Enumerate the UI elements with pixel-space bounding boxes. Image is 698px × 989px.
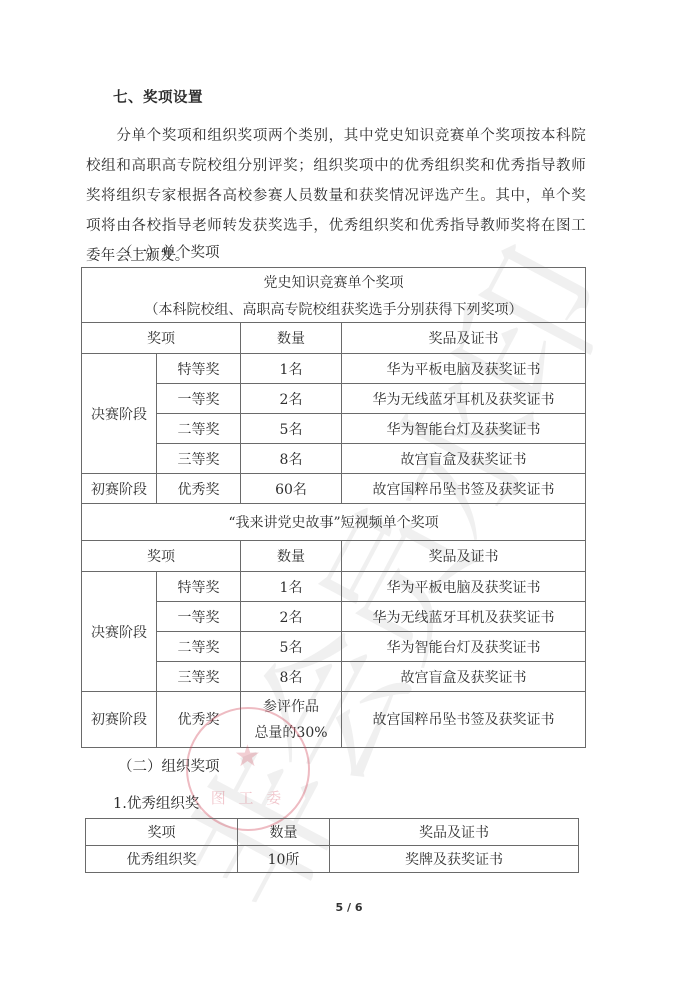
table-row: 初赛阶段 优秀奖 参评作品 总量的30% 故宫国粹吊坠书签及获奖证书	[82, 692, 586, 748]
award-prize: 华为智能台灯及获奖证书	[342, 414, 586, 444]
table-row: 一等奖 2名 华为无线蓝牙耳机及获奖证书	[82, 384, 586, 414]
table-row: 三等奖 8名 故宫盲盒及获奖证书	[82, 662, 586, 692]
header-count: 数量	[238, 819, 330, 846]
award-name: 特等奖	[157, 572, 241, 602]
stamp-text: 图 工 委	[188, 787, 308, 808]
header-award: 奖项	[82, 541, 241, 572]
award-prize: 故宫盲盒及获奖证书	[342, 662, 586, 692]
table-row: 二等奖 5名 华为智能台灯及获奖证书	[82, 414, 586, 444]
award-count: 1名	[241, 572, 342, 602]
award-count: 2名	[241, 602, 342, 632]
table-row: 初赛阶段 优秀奖 60名 故宫国粹吊坠书签及获奖证书	[82, 474, 586, 504]
table-row: 二等奖 5名 华为智能台灯及获奖证书	[82, 632, 586, 662]
award-count: 2名	[241, 384, 342, 414]
award-prize: 故宫国粹吊坠书签及获奖证书	[342, 692, 586, 748]
header-award: 奖项	[82, 323, 241, 354]
award-prize: 华为无线蓝牙耳机及获奖证书	[342, 602, 586, 632]
award-prize: 华为无线蓝牙耳机及获奖证书	[342, 384, 586, 414]
table-row: 一等奖 2名 华为无线蓝牙耳机及获奖证书	[82, 602, 586, 632]
award-prize: 华为平板电脑及获奖证书	[342, 572, 586, 602]
video-table-title: “我来讲党史故事”短视频单个奖项	[82, 504, 586, 541]
table-row: 三等奖 8名 故宫盲盒及获奖证书	[82, 444, 586, 474]
header-prize: 奖品及证书	[330, 819, 579, 846]
award-count: 5名	[241, 414, 342, 444]
award-name: 一等奖	[157, 602, 241, 632]
quiz-table-subtitle: （本科院校组、高职高专院校组获奖选手分别获得下列奖项）	[82, 295, 586, 323]
page-number: 5 / 6	[0, 901, 698, 914]
section-heading: 七、奖项设置	[113, 86, 203, 107]
organization-awards-table: 奖项 数量 奖品及证书 优秀组织奖 10所 奖牌及获奖证书	[85, 818, 579, 873]
header-count: 数量	[241, 541, 342, 572]
stage-final: 决赛阶段	[82, 572, 157, 692]
subsection-individual-awards: （一）单个奖项	[118, 241, 220, 262]
table-header-row: 奖项 数量 奖品及证书	[86, 819, 579, 846]
subsection-excellent-organization: 1.优秀组织奖	[113, 792, 199, 813]
table-row: 决赛阶段 特等奖 1名 华为平板电脑及获奖证书	[82, 572, 586, 602]
award-name: 一等奖	[157, 384, 241, 414]
award-name: 优秀奖	[157, 692, 241, 748]
stage-prelim: 初赛阶段	[82, 692, 157, 748]
award-name: 优秀组织奖	[86, 846, 238, 873]
award-prize: 故宫国粹吊坠书签及获奖证书	[342, 474, 586, 504]
table-header-row: 奖项 数量 奖品及证书	[82, 323, 586, 354]
header-prize: 奖品及证书	[342, 323, 586, 354]
header-award: 奖项	[86, 819, 238, 846]
stage-prelim: 初赛阶段	[82, 474, 157, 504]
award-name: 二等奖	[157, 632, 241, 662]
award-prize: 故宫盲盒及获奖证书	[342, 444, 586, 474]
stage-final: 决赛阶段	[82, 354, 157, 474]
award-count: 5名	[241, 632, 342, 662]
award-name: 三等奖	[157, 662, 241, 692]
award-count: 1名	[241, 354, 342, 384]
award-count: 10所	[238, 846, 330, 873]
award-prize: 华为智能台灯及获奖证书	[342, 632, 586, 662]
header-prize: 奖品及证书	[342, 541, 586, 572]
quiz-table-title: 党史知识竞赛单个奖项	[82, 268, 586, 296]
award-count: 60名	[241, 474, 342, 504]
table-header-row: 奖项 数量 奖品及证书	[82, 541, 586, 572]
table-row: 决赛阶段 特等奖 1名 华为平板电脑及获奖证书	[82, 354, 586, 384]
award-count: 参评作品 总量的30%	[241, 692, 342, 748]
header-count: 数量	[241, 323, 342, 354]
award-prize: 奖牌及获奖证书	[330, 846, 579, 873]
award-count-line1: 参评作品	[241, 694, 341, 720]
award-count: 8名	[241, 662, 342, 692]
award-name: 二等奖	[157, 414, 241, 444]
individual-awards-table: 党史知识竞赛单个奖项 （本科院校组、高职高专院校组获奖选手分别获得下列奖项） 奖…	[81, 267, 586, 748]
award-name: 特等奖	[157, 354, 241, 384]
award-count: 8名	[241, 444, 342, 474]
award-name: 三等奖	[157, 444, 241, 474]
award-prize: 华为平板电脑及获奖证书	[342, 354, 586, 384]
subsection-organization-awards: （二）组织奖项	[118, 755, 220, 776]
table-row: 优秀组织奖 10所 奖牌及获奖证书	[86, 846, 579, 873]
award-count-line2: 总量的30%	[241, 720, 341, 746]
award-name: 优秀奖	[157, 474, 241, 504]
